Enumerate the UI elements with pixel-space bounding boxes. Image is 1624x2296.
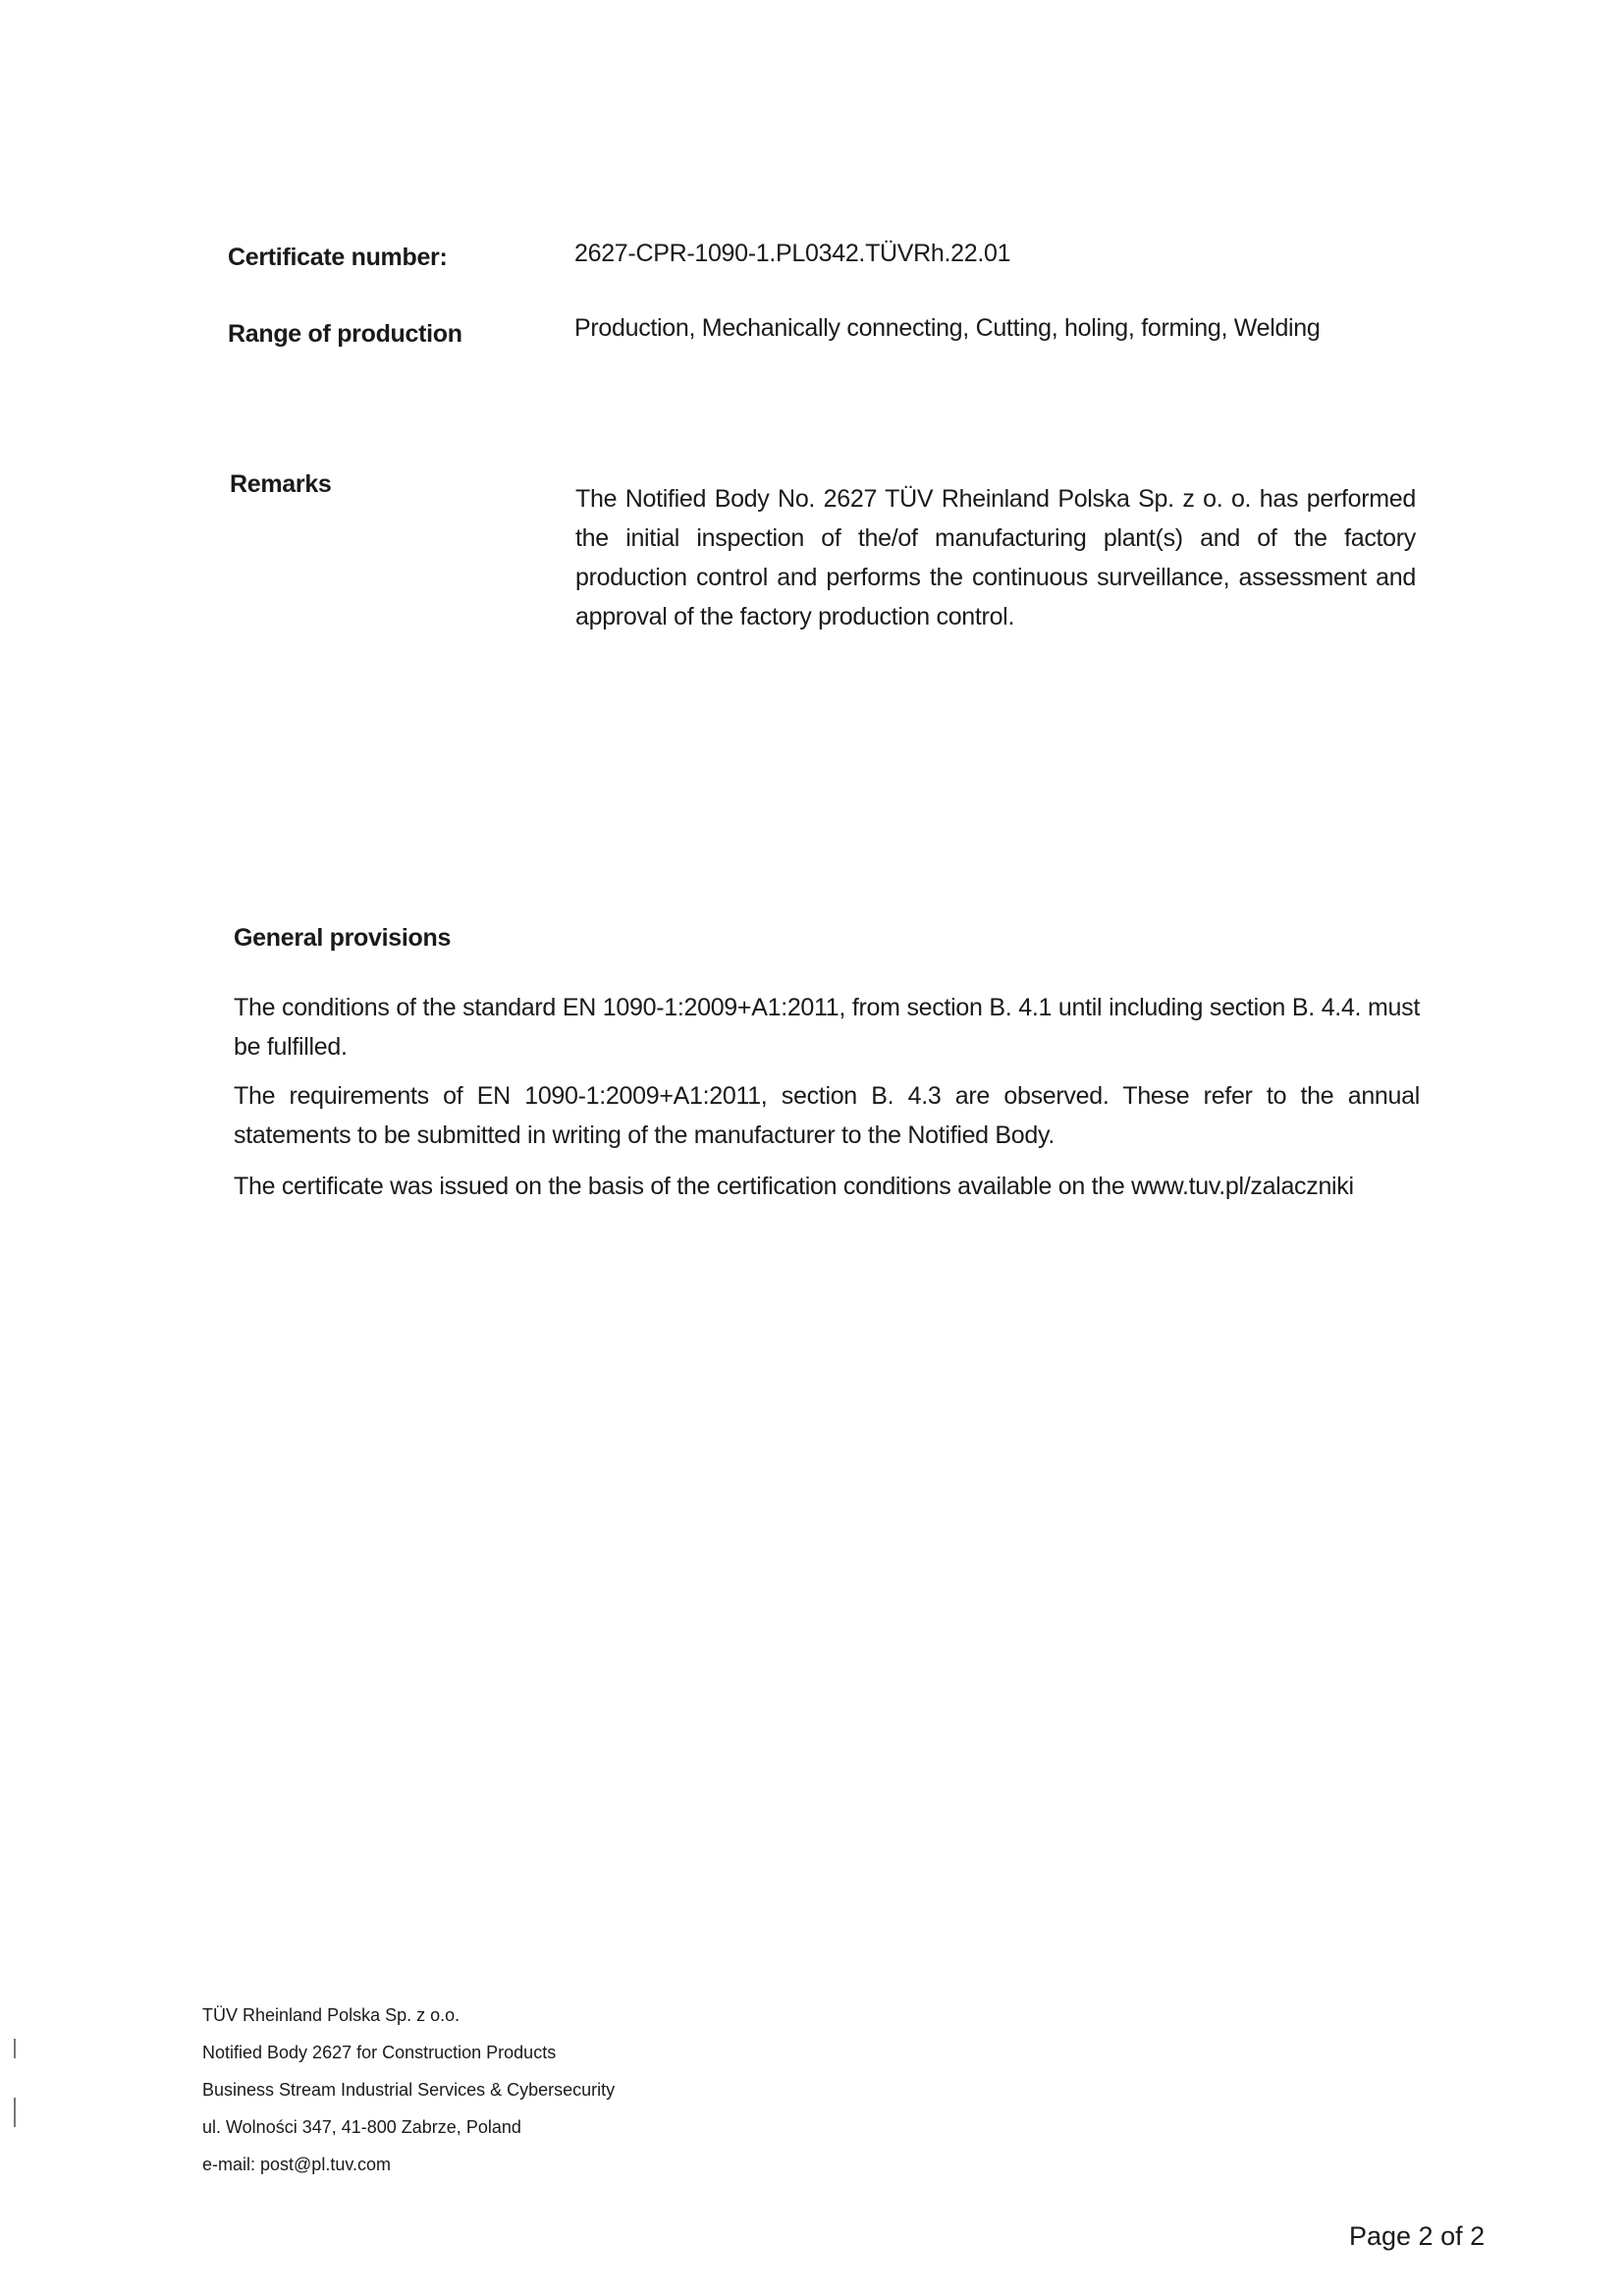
page-number: Page 2 of 2	[1349, 2221, 1485, 2252]
provision-paragraph-2: The requirements of EN 1090-1:2009+A1:20…	[234, 1076, 1420, 1155]
footer-address-block: TÜV Rheinland Polska Sp. z o.o. Notified…	[202, 1996, 615, 2183]
provision-paragraph-3: The certificate was issued on the basis …	[234, 1167, 1420, 1206]
certificate-number-value: 2627-CPR-1090-1.PL0342.TÜVRh.22.01	[574, 240, 1010, 268]
scan-edge-mark	[14, 2098, 16, 2127]
range-of-production-value: Production, Mechanically connecting, Cut…	[574, 314, 1321, 343]
footer-company-name: TÜV Rheinland Polska Sp. z o.o.	[202, 1996, 615, 2034]
footer-email: e-mail: post@pl.tuv.com	[202, 2146, 615, 2183]
general-provisions-heading: General provisions	[234, 924, 451, 953]
provision-paragraph-1: The conditions of the standard EN 1090-1…	[234, 988, 1420, 1066]
scan-edge-mark	[14, 2039, 16, 2058]
range-of-production-label: Range of production	[228, 320, 462, 349]
footer-notified-body: Notified Body 2627 for Construction Prod…	[202, 2034, 615, 2071]
remarks-text: The Notified Body No. 2627 TÜV Rheinland…	[575, 479, 1416, 636]
remarks-label: Remarks	[230, 470, 332, 499]
footer-business-stream: Business Stream Industrial Services & Cy…	[202, 2071, 615, 2108]
footer-address: ul. Wolności 347, 41-800 Zabrze, Poland	[202, 2108, 615, 2146]
certificate-number-label: Certificate number:	[228, 244, 448, 272]
